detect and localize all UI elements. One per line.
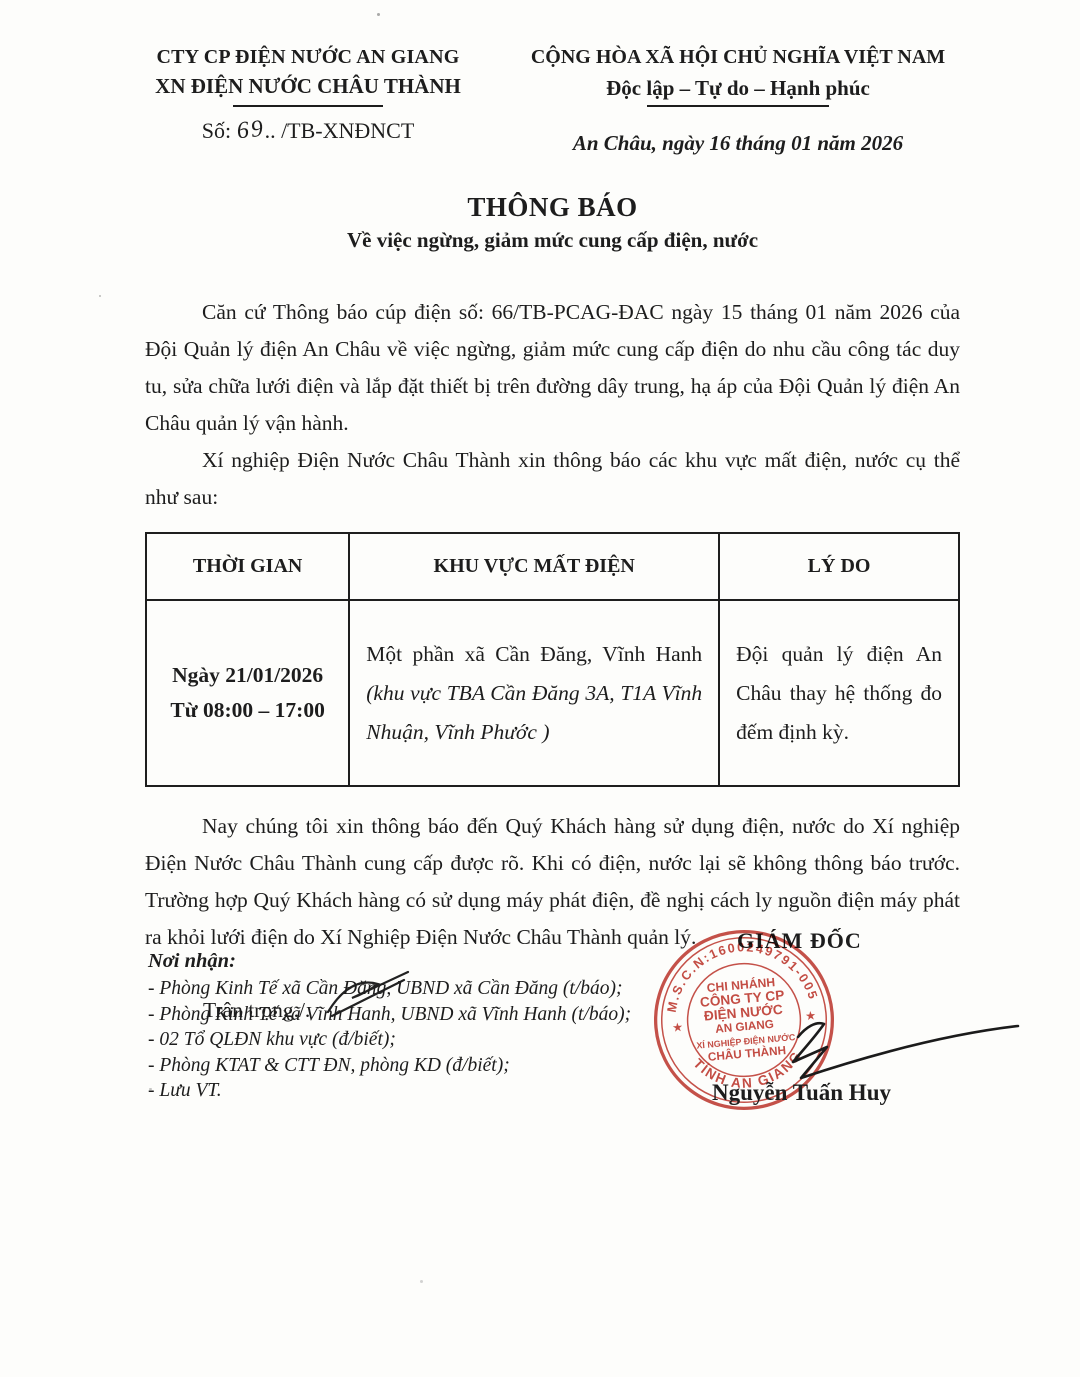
table-header-row: THỜI GIAN KHU VỰC MẤT ĐIỆN LÝ DO [146, 533, 959, 600]
document-title: THÔNG BÁO [145, 192, 960, 223]
paragraph-legal-basis: Căn cứ Thông báo cúp điện số: 66/TB-PCAG… [145, 294, 960, 442]
signer-name: Nguyễn Tuấn Huy [712, 1080, 891, 1106]
header-reason: LÝ DO [719, 533, 959, 600]
recipient-item: - 02 Tổ QLĐN khu vực (đ/biết); [148, 1027, 688, 1053]
stamp-star-right-icon: ★ [805, 1008, 817, 1023]
recipients-label: Nơi nhận: [148, 950, 688, 973]
area-main: Một phần xã Cần Đăng, Vĩnh Hanh [366, 642, 702, 666]
cell-reason: Đội quản lý điện An Châu thay hệ thống đ… [719, 600, 959, 786]
national-block: CỘNG HÒA XÃ HỘI CHỦ NGHĨA VIỆT NAM Độc l… [471, 46, 960, 156]
national-motto-line2: Độc lập – Tự do – Hạnh phúc [516, 76, 960, 101]
outage-date: Ngày 21/01/2026 [163, 658, 332, 693]
header-time: THỜI GIAN [146, 533, 349, 600]
document-subtitle: Về việc ngừng, giảm mức cung cấp điện, n… [145, 228, 960, 253]
scan-speck [149, 1088, 152, 1090]
outage-hours: Từ 08:00 – 17:00 [163, 693, 332, 728]
area-detail: (khu vực TBA Cần Đăng 3A, T1A Vĩnh Nhuận… [366, 681, 702, 744]
cell-area: Một phần xã Cần Đăng, Vĩnh Hanh (khu vực… [349, 600, 719, 786]
handwritten-number: 69 [235, 116, 266, 146]
scan-speck [420, 1280, 423, 1283]
issuer-branch: XN ĐIỆN NƯỚC CHÂU THÀNH [145, 74, 471, 99]
recipient-item: - Phòng Kinh Tế xã Cần Đăng, UBND xã Cần… [148, 976, 688, 1002]
recipients-block: Nơi nhận: - Phòng Kinh Tế xã Cần Đăng, U… [148, 950, 688, 1104]
paragraph-announcement: Xí nghiệp Điện Nước Châu Thành xin thông… [145, 442, 960, 516]
stamp-star-left-icon: ★ [672, 1020, 684, 1035]
recipient-item: - Phòng KTAT & CTT ĐN, phòng KD (đ/biết)… [148, 1053, 688, 1079]
place-dateline: An Châu, ngày 16 tháng 01 năm 2026 [516, 131, 960, 156]
scan-speck [99, 295, 101, 297]
motto-underline [647, 105, 829, 107]
recipient-item: - Phòng Kinh Tế xã Vĩnh Hanh, UBND xã Vĩ… [148, 1002, 688, 1028]
outage-table: THỜI GIAN KHU VỰC MẤT ĐIỆN LÝ DO Ngày 21… [145, 532, 960, 787]
scan-speck [377, 13, 380, 16]
issuer-company: CTY CP ĐIỆN NƯỚC AN GIANG [145, 46, 471, 69]
number-dots: .. [265, 118, 276, 143]
document-content: CTY CP ĐIỆN NƯỚC AN GIANG XN ĐIỆN NƯỚC C… [0, 0, 1080, 1023]
issuer-underline [233, 105, 383, 107]
header-area: KHU VỰC MẤT ĐIỆN [349, 533, 719, 600]
number-suffix: /TB-XNĐNCT [281, 118, 414, 143]
document-number-line: Số: 69.. /TB-XNĐNCT [145, 118, 471, 145]
issuer-block: CTY CP ĐIỆN NƯỚC AN GIANG XN ĐIỆN NƯỚC C… [145, 46, 471, 156]
national-motto-line1: CỘNG HÒA XÃ HỘI CHỦ NGHĨA VIỆT NAM [516, 46, 960, 69]
number-prefix: Số: [202, 118, 231, 143]
scanned-document-page: CTY CP ĐIỆN NƯỚC AN GIANG XN ĐIỆN NƯỚC C… [0, 0, 1080, 1377]
cell-time: Ngày 21/01/2026 Từ 08:00 – 17:00 [146, 600, 349, 786]
table-row: Ngày 21/01/2026 Từ 08:00 – 17:00 Một phầ… [146, 600, 959, 786]
title-block: THÔNG BÁO Về việc ngừng, giảm mức cung c… [145, 192, 960, 253]
document-header: CTY CP ĐIỆN NƯỚC AN GIANG XN ĐIỆN NƯỚC C… [145, 46, 960, 156]
recipient-item: - Lưu VT. [148, 1078, 688, 1104]
